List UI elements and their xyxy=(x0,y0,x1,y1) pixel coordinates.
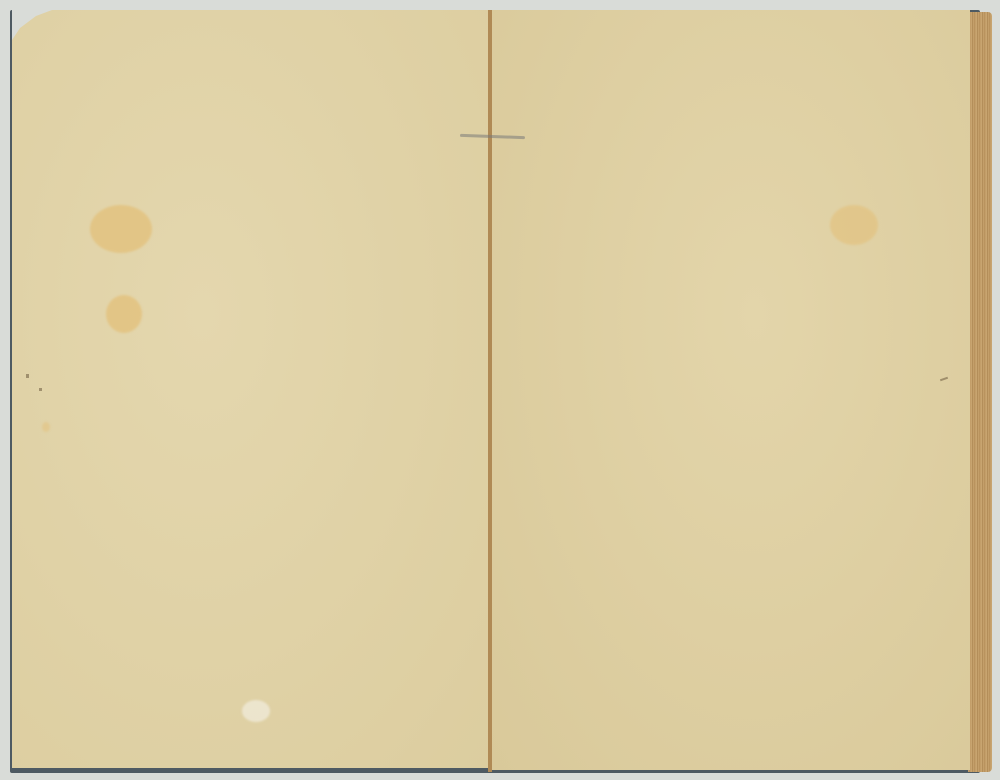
mark xyxy=(940,377,948,382)
faint-pencil-marks xyxy=(992,660,1000,690)
stain xyxy=(42,422,50,432)
mark xyxy=(39,388,42,391)
stain xyxy=(106,295,142,333)
mark xyxy=(26,374,29,378)
stain xyxy=(830,205,878,245)
right-page xyxy=(492,10,970,770)
gutter xyxy=(488,10,492,772)
stain xyxy=(90,205,152,253)
left-page xyxy=(12,10,489,768)
faded-spot xyxy=(242,700,270,722)
page-stack-edge xyxy=(968,12,992,772)
